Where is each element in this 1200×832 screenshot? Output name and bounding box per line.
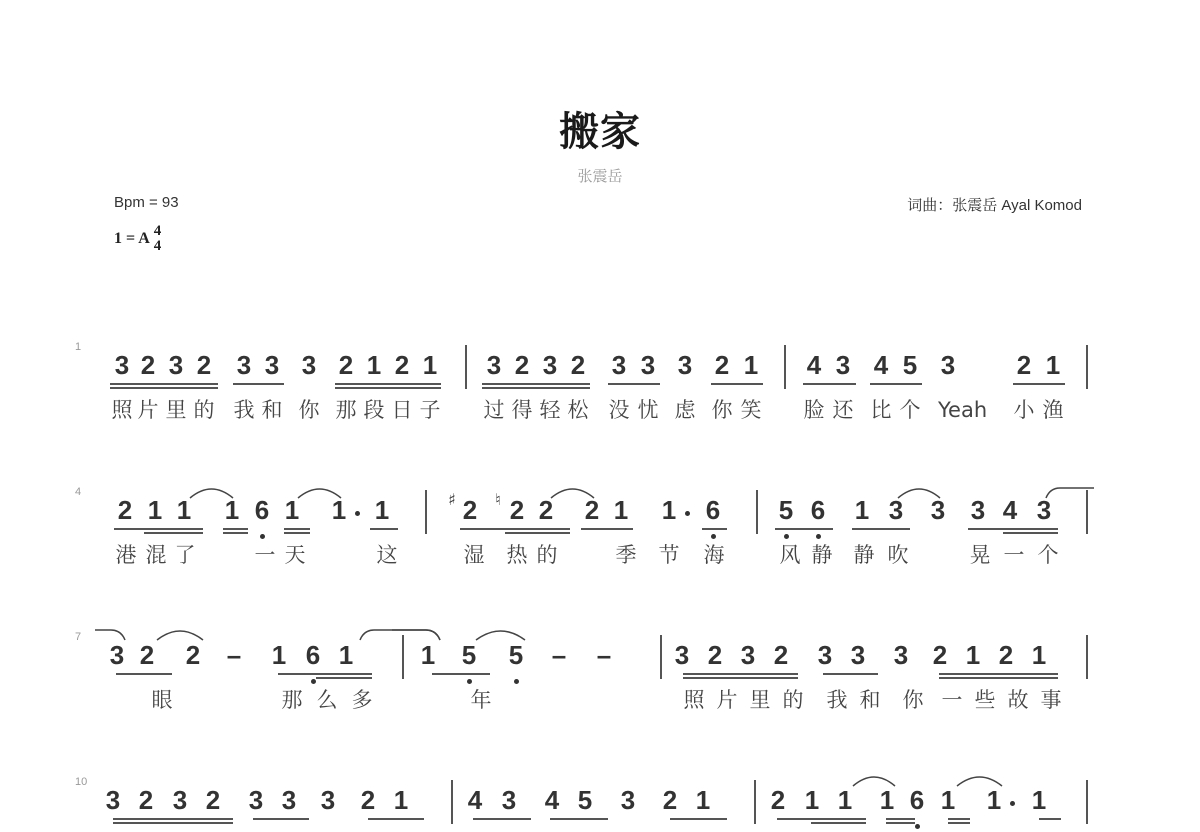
lyric-syllable: 照 xyxy=(110,397,134,423)
tie-arc xyxy=(476,631,525,640)
note: 1 xyxy=(281,495,303,525)
lyric-syllable: 虑 xyxy=(673,397,697,423)
note: 4 xyxy=(803,350,825,380)
note: 1 xyxy=(983,785,1005,815)
lower-octave-dot xyxy=(816,534,821,539)
time-signature-numerator: 4 xyxy=(154,224,162,239)
underline-beam xyxy=(114,528,203,530)
lyric-syllable: 天 xyxy=(283,542,307,568)
measure-number: 1 xyxy=(75,341,81,353)
note: 3 xyxy=(233,350,255,380)
barline xyxy=(756,490,758,534)
time-signature: 4 4 xyxy=(154,224,162,254)
underline-beam xyxy=(460,528,570,530)
lyric-syllable: 没 xyxy=(607,397,631,423)
underline-beam xyxy=(505,532,570,534)
augmentation-dot xyxy=(355,511,360,516)
tie-arc xyxy=(95,630,125,640)
note: 5 xyxy=(899,350,921,380)
note: 6 xyxy=(807,495,829,525)
lyric-syllable: 的 xyxy=(192,397,216,423)
key-label: 1 = A xyxy=(114,230,150,248)
note: 4 xyxy=(999,495,1021,525)
barline xyxy=(402,635,404,679)
lyric-syllable: 渔 xyxy=(1041,397,1065,423)
note: 3 xyxy=(539,350,561,380)
lyric-syllable: 静 xyxy=(810,542,834,568)
note: 2 xyxy=(995,640,1017,670)
note: 2 xyxy=(114,495,136,525)
key-signature: 1 = A 4 4 xyxy=(114,224,161,254)
barline xyxy=(660,635,662,679)
underline-beam xyxy=(284,528,310,530)
note: 1 xyxy=(268,640,290,670)
lyric-syllable: 片 xyxy=(136,397,160,423)
underline-beam xyxy=(1003,532,1058,534)
note: 2 xyxy=(511,350,533,380)
barline xyxy=(425,490,427,534)
note: 2 xyxy=(767,785,789,815)
note: 3 xyxy=(674,350,696,380)
note: 2 xyxy=(135,785,157,815)
underline-beam xyxy=(702,528,727,530)
underline-beam xyxy=(368,818,424,820)
note: 2 xyxy=(567,350,589,380)
underline-beam xyxy=(823,673,878,675)
lyric-syllable: 那 xyxy=(280,687,304,713)
note: 3 xyxy=(498,785,520,815)
lyric-syllable: 晃 xyxy=(968,542,992,568)
lyric-syllable: 脸 xyxy=(802,397,826,423)
barline xyxy=(1086,635,1088,679)
note: 3 xyxy=(937,350,959,380)
augmentation-dot xyxy=(685,511,690,516)
note: 5 xyxy=(775,495,797,525)
barline xyxy=(754,780,756,824)
lyric-syllable: 忧 xyxy=(636,397,660,423)
underline-beam xyxy=(113,822,233,824)
note: 6 xyxy=(251,495,273,525)
lyric-syllable: 个 xyxy=(898,397,922,423)
note: 1 xyxy=(328,495,350,525)
lyric-syllable: 和 xyxy=(858,687,882,713)
lower-octave-dot xyxy=(784,534,789,539)
lyric-syllable: 风 xyxy=(778,542,802,568)
sharp-accidental: ♯ xyxy=(448,490,456,509)
underline-beam xyxy=(777,818,866,820)
note: 1 xyxy=(937,785,959,815)
note: 5 xyxy=(574,785,596,815)
lyric-syllable: 你 xyxy=(297,397,321,423)
underline-beam xyxy=(550,818,608,820)
lyric-syllable: 这 xyxy=(375,542,399,568)
lower-octave-dot xyxy=(467,679,472,684)
underline-beam xyxy=(948,822,970,824)
note: 3 xyxy=(102,785,124,815)
note: 1 xyxy=(419,350,441,380)
note: 1 xyxy=(834,785,856,815)
lower-octave-dot xyxy=(311,679,316,684)
lyric-syllable: 里 xyxy=(164,397,188,423)
note: 2 xyxy=(711,350,733,380)
note: 1 xyxy=(692,785,714,815)
note: 3 xyxy=(169,785,191,815)
sustain-dash: – xyxy=(548,640,570,670)
note: 1 xyxy=(658,495,680,525)
underline-beam xyxy=(870,383,922,385)
lyric-syllable: 小 xyxy=(1012,397,1036,423)
underline-beam xyxy=(811,822,866,824)
underline-beam xyxy=(144,532,203,534)
note: 1 xyxy=(173,495,195,525)
measure-number: 7 xyxy=(75,631,81,643)
lyric-syllable: 片 xyxy=(715,687,739,713)
note: 1 xyxy=(144,495,166,525)
lyric-syllable: 季 xyxy=(614,542,638,568)
note: 3 xyxy=(106,640,128,670)
note: 2 xyxy=(357,785,379,815)
note: 6 xyxy=(906,785,928,815)
note: 3 xyxy=(890,640,912,670)
underline-beam xyxy=(473,818,531,820)
lyric-syllable: 段 xyxy=(362,397,386,423)
lyric-syllable: 一 xyxy=(1002,542,1026,568)
measure-number: 4 xyxy=(75,486,81,498)
lyric-syllable: 些 xyxy=(973,687,997,713)
note: 2 xyxy=(459,495,481,525)
lower-octave-dot xyxy=(260,534,265,539)
underline-beam xyxy=(116,673,172,675)
lyric-syllable: 比 xyxy=(869,397,893,423)
underline-beam xyxy=(253,818,309,820)
lyric-syllable: 那 xyxy=(334,397,358,423)
note: 3 xyxy=(637,350,659,380)
note: 3 xyxy=(814,640,836,670)
barline xyxy=(1086,490,1088,534)
note: 3 xyxy=(847,640,869,670)
lyric-syllable: 你 xyxy=(901,687,925,713)
underline-beam xyxy=(683,673,798,675)
tie-arc xyxy=(360,630,440,640)
underline-beam xyxy=(284,532,310,534)
lyric-syllable: 照 xyxy=(682,687,706,713)
note: 2 xyxy=(1013,350,1035,380)
lower-octave-dot xyxy=(915,824,920,829)
note: 1 xyxy=(851,495,873,525)
lyric-syllable: 我 xyxy=(825,687,849,713)
lyric-syllable: 海 xyxy=(702,542,726,568)
augmentation-dot xyxy=(1010,801,1015,806)
note: 3 xyxy=(967,495,989,525)
lyric-syllable: 事 xyxy=(1039,687,1063,713)
note: 3 xyxy=(608,350,630,380)
lyric-syllable: 混 xyxy=(144,542,168,568)
note: 5 xyxy=(458,640,480,670)
barline xyxy=(465,345,467,389)
underline-beam xyxy=(803,383,856,385)
note: 6 xyxy=(302,640,324,670)
underline-beam xyxy=(482,383,590,385)
note: 2 xyxy=(929,640,951,670)
lyric-syllable: 静 xyxy=(852,542,876,568)
note: 5 xyxy=(505,640,527,670)
underline-beam xyxy=(886,822,915,824)
barline xyxy=(1086,345,1088,389)
note: 1 xyxy=(1028,785,1050,815)
underline-beam xyxy=(939,673,1058,675)
lyricist-composer-credits: 词曲：张震岳 Ayal Komod xyxy=(907,194,1082,215)
note: 3 xyxy=(298,350,320,380)
time-signature-denominator: 4 xyxy=(154,239,162,254)
underline-beam xyxy=(223,532,248,534)
lyric-syllable: 我 xyxy=(232,397,256,423)
note: 2 xyxy=(506,495,528,525)
lyric-syllable: 和 xyxy=(260,397,284,423)
lyric-syllable: 多 xyxy=(350,687,374,713)
underline-beam xyxy=(110,383,218,385)
lyric-syllable: 还 xyxy=(831,397,855,423)
underline-beam xyxy=(370,528,398,530)
lyric-syllable: 过 xyxy=(482,397,506,423)
underline-beam xyxy=(335,383,441,385)
note: 1 xyxy=(363,350,385,380)
underline-beam xyxy=(581,528,633,530)
underline-beam xyxy=(233,383,284,385)
lyric-syllable: 了 xyxy=(173,542,197,568)
lyric-syllable: 吹 xyxy=(886,542,910,568)
note: 1 xyxy=(417,640,439,670)
lower-octave-dot xyxy=(711,534,716,539)
note: 2 xyxy=(137,350,159,380)
note: 1 xyxy=(335,640,357,670)
tie-arc xyxy=(157,631,203,640)
note: 3 xyxy=(111,350,133,380)
underline-beam xyxy=(608,383,660,385)
lyric-syllable: 热 xyxy=(505,542,529,568)
note: 1 xyxy=(876,785,898,815)
underline-beam xyxy=(278,673,372,675)
tempo-label: Bpm = 93 xyxy=(114,194,179,211)
note: 1 xyxy=(390,785,412,815)
song-title: 搬家 xyxy=(0,100,1200,157)
underline-beam xyxy=(711,383,763,385)
note: 3 xyxy=(617,785,639,815)
lyric-syllable: 里 xyxy=(748,687,772,713)
note: 3 xyxy=(671,640,693,670)
lyric-syllable: 节 xyxy=(657,542,681,568)
underline-beam xyxy=(316,677,372,679)
lyric-syllable: 笑 xyxy=(739,397,763,423)
lyric-syllable: 得 xyxy=(510,397,534,423)
barline xyxy=(1086,780,1088,824)
note: 3 xyxy=(483,350,505,380)
barline xyxy=(451,780,453,824)
note: 2 xyxy=(136,640,158,670)
lyric-syllable: 一 xyxy=(940,687,964,713)
note: 2 xyxy=(202,785,224,815)
note: 3 xyxy=(278,785,300,815)
note: 4 xyxy=(870,350,892,380)
note: 2 xyxy=(535,495,557,525)
note: 1 xyxy=(371,495,393,525)
note: 3 xyxy=(832,350,854,380)
underline-beam xyxy=(775,528,833,530)
lyric-syllable: 子 xyxy=(418,397,442,423)
note: 2 xyxy=(391,350,413,380)
lyric-syllable: 松 xyxy=(566,397,590,423)
lyric-syllable: 的 xyxy=(535,542,559,568)
note: 1 xyxy=(1028,640,1050,670)
lyric-syllable: 的 xyxy=(781,687,805,713)
note: 4 xyxy=(541,785,563,815)
note: 6 xyxy=(702,495,724,525)
underline-beam xyxy=(1013,383,1065,385)
measure-number: 10 xyxy=(75,776,87,788)
artist-name: 张震岳 xyxy=(0,165,1200,186)
lyric-syllable: Yeah xyxy=(938,397,987,423)
note: 1 xyxy=(610,495,632,525)
underline-beam xyxy=(968,528,1058,530)
underline-beam xyxy=(886,818,915,820)
note: 3 xyxy=(245,785,267,815)
underline-beam xyxy=(852,528,910,530)
note: 2 xyxy=(193,350,215,380)
barline xyxy=(784,345,786,389)
sustain-dash: – xyxy=(593,640,615,670)
underline-beam xyxy=(113,818,233,820)
note: 3 xyxy=(165,350,187,380)
lyric-syllable: 你 xyxy=(710,397,734,423)
underline-beam xyxy=(670,818,727,820)
note: 2 xyxy=(659,785,681,815)
note: 2 xyxy=(182,640,204,670)
note: 2 xyxy=(770,640,792,670)
lyric-syllable: 眼 xyxy=(150,687,174,713)
note: 1 xyxy=(801,785,823,815)
lyric-syllable: 轻 xyxy=(538,397,562,423)
lyric-syllable: 湿 xyxy=(462,542,486,568)
note: 1 xyxy=(1042,350,1064,380)
underline-beam xyxy=(1039,818,1061,820)
underline-beam xyxy=(939,677,1058,679)
note: 1 xyxy=(221,495,243,525)
underline-beam xyxy=(948,818,970,820)
note: 2 xyxy=(581,495,603,525)
underline-beam xyxy=(482,387,590,389)
lyric-syllable: 日 xyxy=(390,397,414,423)
underline-beam xyxy=(432,673,490,675)
note: 1 xyxy=(962,640,984,670)
note: 3 xyxy=(737,640,759,670)
tie-arc xyxy=(392,630,440,640)
lyric-syllable: 个 xyxy=(1036,542,1060,568)
note: 3 xyxy=(1033,495,1055,525)
note: 3 xyxy=(927,495,949,525)
lyric-syllable: 年 xyxy=(469,687,493,713)
lyric-syllable: 么 xyxy=(315,687,339,713)
lyric-syllable: 一 xyxy=(253,542,277,568)
note: 4 xyxy=(464,785,486,815)
underline-beam xyxy=(223,528,248,530)
note: 2 xyxy=(704,640,726,670)
lyric-syllable: 港 xyxy=(114,542,138,568)
note: 3 xyxy=(261,350,283,380)
sustain-dash: – xyxy=(223,640,245,670)
note: 1 xyxy=(740,350,762,380)
natural-accidental: ♮ xyxy=(495,490,501,509)
underline-beam xyxy=(335,387,441,389)
underline-beam xyxy=(110,387,218,389)
note: 2 xyxy=(335,350,357,380)
lyric-syllable: 故 xyxy=(1006,687,1030,713)
underline-beam xyxy=(683,677,798,679)
note: 3 xyxy=(317,785,339,815)
lower-octave-dot xyxy=(514,679,519,684)
note: 3 xyxy=(885,495,907,525)
